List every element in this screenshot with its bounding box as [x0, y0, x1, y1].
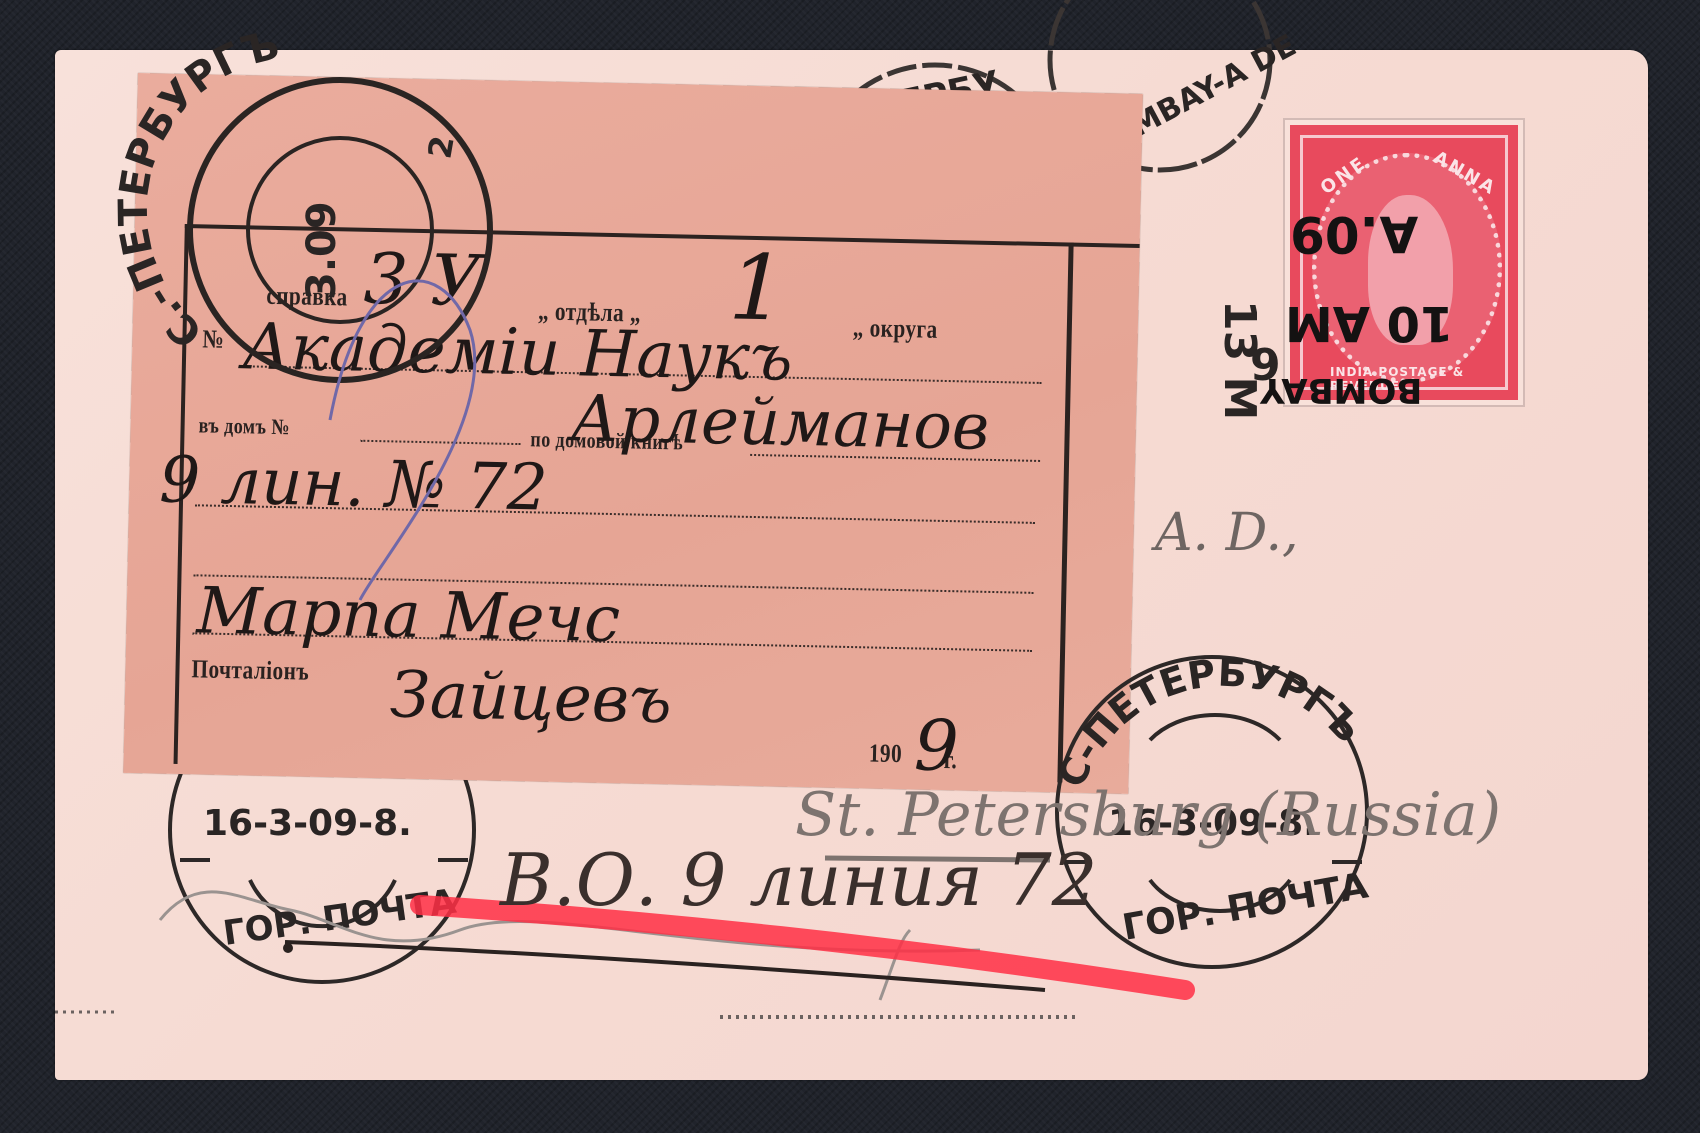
address-redirect: В.О. 9 линия 72: [498, 838, 1097, 922]
address-layer: С-ПЕТЕРБУРГЪ 16-3-09-8. ГОР. ПОЧТА A. D.…: [0, 0, 1700, 1133]
postmark-bottom-right-city: С-ПЕТЕРБУРГЪ: [1049, 651, 1370, 794]
postmark-bottom-right-bottom: ГОР. ПОЧТА: [1119, 865, 1371, 949]
address-initial: A. D.,: [1151, 503, 1299, 563]
